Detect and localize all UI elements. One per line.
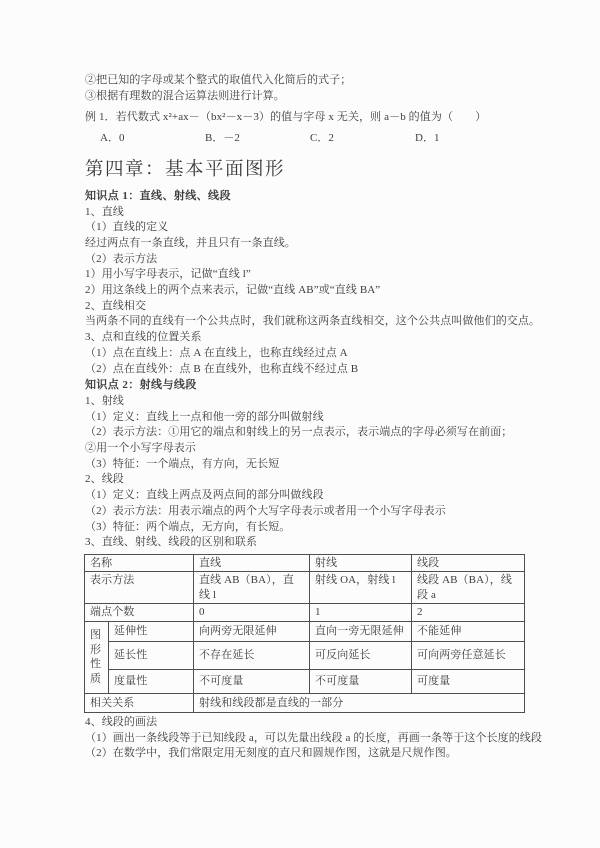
intro-line-2: ②把已知的字母或某个整式的取值代入化简后的式子； <box>85 73 546 89</box>
table-row-prolong: 延长性 不存在延长 可反向延长 可向两旁任意延长 <box>85 641 525 669</box>
kp1-line: 经过两点有一条直线，并且只有一条直线。 <box>85 236 546 252</box>
knowledge-point-1-title: 知识点 1：直线、射线、线段 <box>85 189 546 205</box>
table-row-endpoints: 端点个数 0 1 2 <box>85 604 525 622</box>
table-row-notation: 表示方法 直线 AB（BA），直线 l 射线 OA，射线 l 线段 AB（BA）… <box>85 572 525 604</box>
table-cell: 射线和线段都是直线的一部分 <box>194 693 525 712</box>
kp1-line: （1）直线的定义 <box>85 220 546 236</box>
kp2-line: （2）表示方法：①用它的端点和射线上的另一点表示，表示端点的字母必须写在前面； <box>85 425 546 441</box>
kp1-line: （1）点在直线上：点 A 在直线上，也称直线经过点 A <box>85 346 546 362</box>
kp1-line: 2）用这条线上的两个点来表示，记做“直线 AB”或“直线 BA” <box>85 283 546 299</box>
kp1-line: 3、点和直线的位置关系 <box>85 330 546 346</box>
table-cell: 度量性 <box>109 669 194 693</box>
knowledge-point-2-title: 知识点 2：射线与线段 <box>85 378 546 394</box>
table-row-extend: 图形性质 延伸性 向两旁无限延伸 直向一旁无限延伸 不能延伸 <box>85 621 525 641</box>
table-cell: 向两旁无限延伸 <box>194 621 310 641</box>
table-cell: 线段 <box>412 554 525 572</box>
table-cell: 端点个数 <box>85 604 194 622</box>
kp2-line: ②用一个小写字母表示 <box>85 441 546 457</box>
table-cell: 可向两旁任意延长 <box>412 641 525 669</box>
table-row-measure: 度量性 不可度量 不可度量 可度量 <box>85 669 525 693</box>
table-cell: 直向一旁无限延伸 <box>310 621 412 641</box>
kp2-line: （2）表示方法：用表示端点的两个大写字母表示或者用一个小写字母表示 <box>85 504 546 520</box>
chapter-title: 第四章：基本平面图形 <box>85 158 546 182</box>
option-d: D．1 <box>415 131 439 147</box>
kp2-line: 1、射线 <box>85 394 546 410</box>
table-cell: 不能延伸 <box>412 621 525 641</box>
kp2-line: （3）特征：一个端点，有方向，无长短 <box>85 457 546 473</box>
kp2-line: （1）定义：直线上一点和他一旁的部分叫做射线 <box>85 410 546 426</box>
option-a: A．0 <box>100 131 205 147</box>
kp1-line: 当两条不同的直线有一个公共点时，我们就称这两条直线相交，这个公共点叫做他们的交点… <box>85 314 546 330</box>
table-cell-merged-graph-properties: 图形性质 <box>85 621 109 693</box>
table-row-relation: 相关关系 射线和线段都是直线的一部分 <box>85 693 525 712</box>
kp1-line: 1、直线 <box>85 205 546 221</box>
table-cell: 不存在延长 <box>194 641 310 669</box>
kp2-line: 3、直线、射线、线段的区别和联系 <box>85 535 546 551</box>
table-cell: 名称 <box>85 554 194 572</box>
table-row-header: 名称 直线 射线 线段 <box>85 554 525 572</box>
table-cell: 表示方法 <box>85 572 194 604</box>
kp1-line: 2、直线相交 <box>85 299 546 315</box>
intro-line-3: ③根据有理数的混合运算法则进行计算。 <box>85 89 546 105</box>
document-page: ②把已知的字母或某个整式的取值代入化简后的式子； ③根据有理数的混合运算法则进行… <box>0 0 600 848</box>
table-cell: 可度量 <box>412 669 525 693</box>
option-b: B．－2 <box>205 131 310 147</box>
kp4-line: （2）在数学中，我们常限定用无刻度的直尺和圆规作图，这就是尺规作图。 <box>85 746 546 762</box>
kp2-line: （1）定义：直线上两点及两点间的部分叫做线段 <box>85 488 546 504</box>
table-cell: 射线 OA，射线 l <box>310 572 412 604</box>
table-cell: 可反向延长 <box>310 641 412 669</box>
table-cell: 线段 AB（BA），线段 a <box>412 572 525 604</box>
option-c: C．2 <box>310 131 415 147</box>
table-cell: 2 <box>412 604 525 622</box>
kp1-line: （2）点在直线外：点 B 在直线外，也称直线不经过点 B <box>85 362 546 378</box>
table-cell: 不可度量 <box>194 669 310 693</box>
table-cell: 延伸性 <box>109 621 194 641</box>
kp1-line: 1）用小写字母表示，记做“直线 l” <box>85 267 546 283</box>
kp4-line: 4、线段的画法 <box>85 715 546 731</box>
table-cell: 直线 <box>194 554 310 572</box>
line-ray-segment-comparison-table: 名称 直线 射线 线段 表示方法 直线 AB（BA），直线 l 射线 OA，射线… <box>84 554 525 713</box>
table-cell: 直线 AB（BA），直线 l <box>194 572 310 604</box>
kp4-line: （1）画出一条线段等于已知线段 a，可以先量出线段 a 的长度，再画一条等于这个… <box>85 731 546 747</box>
table-cell: 0 <box>194 604 310 622</box>
kp1-line: （2）表示方法 <box>85 252 546 268</box>
table-cell: 不可度量 <box>310 669 412 693</box>
kp2-line: 2、线段 <box>85 472 546 488</box>
answer-options-row: A．0 B．－2 C．2 D．1 <box>100 131 546 147</box>
example-question: 例 1．若代数式 x²+ax－（bx²－x－3）的值与字母 x 无关，则 a－b… <box>85 110 546 126</box>
table-cell: 射线 <box>310 554 412 572</box>
kp2-line: （3）特征：两个端点，无方向，有长短。 <box>85 520 546 536</box>
table-cell: 1 <box>310 604 412 622</box>
table-cell: 相关关系 <box>85 693 194 712</box>
table-cell: 延长性 <box>109 641 194 669</box>
